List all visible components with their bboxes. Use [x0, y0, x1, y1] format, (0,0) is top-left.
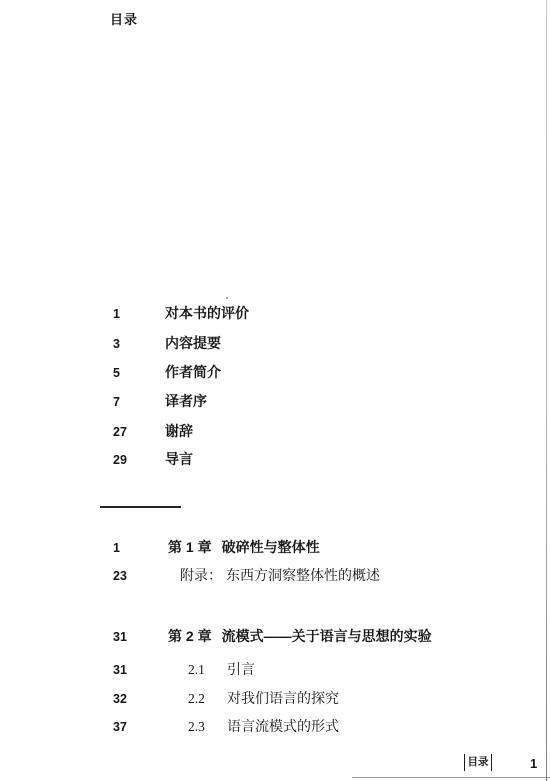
toc-entry-page-number: 5: [113, 366, 165, 381]
toc-entry: 29导言: [113, 452, 193, 468]
toc-appendix-entry: 23附录：东西方洞察整体性的概述: [113, 568, 380, 584]
toc-entry: 27谢辞: [113, 424, 193, 440]
toc-entry-page-number: 37: [113, 720, 188, 735]
toc-entry: 1对本书的评价: [113, 306, 249, 322]
scan-edge-right-line: [546, 0, 547, 781]
toc-entry-page-number: 31: [113, 630, 168, 645]
toc-entry-page-number: 31: [113, 663, 188, 678]
footer-section-label: 目录: [464, 754, 492, 771]
toc-entry-page-number: 1: [113, 541, 168, 556]
toc-entry-title: 语言流模式的形式: [227, 718, 339, 734]
toc-entry-label: 附录：: [180, 567, 222, 583]
toc-entry-title: 谢辞: [165, 423, 193, 439]
toc-entry-label: 2.3: [188, 719, 227, 734]
toc-entry-page-number: 3: [113, 337, 165, 352]
toc-entry-title: 引言: [227, 661, 255, 677]
toc-entry-page-number: 29: [113, 453, 165, 468]
toc-entry-title: 内容提要: [165, 335, 221, 351]
separator-line: [100, 506, 181, 508]
scan-speck: [226, 297, 228, 299]
toc-entry-page-number: 27: [113, 425, 165, 440]
toc-entry-label: 第 1 章: [168, 539, 212, 555]
toc-entry-title: 对本书的评价: [165, 305, 249, 321]
toc-page: 目录 1对本书的评价 3内容提要 5作者简介 7译者序 27谢辞 29导言 1第…: [0, 0, 550, 781]
toc-section-entry: 322.2对我们语言的探究: [113, 691, 339, 707]
toc-entry-title: 破碎性与整体性: [222, 539, 320, 555]
toc-entry-title: 东西方洞察整体性的概述: [226, 567, 380, 583]
toc-section-entry: 372.3语言流模式的形式: [113, 719, 339, 735]
toc-entry-page-number: 7: [113, 395, 165, 410]
toc-entry-label: 2.1: [188, 662, 227, 677]
toc-entry-title: 作者简介: [165, 364, 221, 380]
toc-entry-title: 对我们语言的探究: [227, 690, 339, 706]
toc-entry-label: 2.2: [188, 691, 227, 706]
toc-entry: 3内容提要: [113, 336, 221, 352]
toc-entry-page-number: 23: [113, 569, 180, 584]
toc-entry: 7译者序: [113, 394, 207, 410]
toc-chapter-entry: 1第 1 章破碎性与整体性: [113, 540, 320, 556]
footer-page-number: 1: [530, 756, 537, 771]
toc-entry-title: 流模式——关于语言与思想的实验: [222, 628, 432, 644]
scan-edge-bottom-line: [352, 777, 550, 778]
toc-chapter-entry: 31第 2 章流模式——关于语言与思想的实验: [113, 629, 432, 645]
toc-entry-page-number: 1: [113, 307, 165, 322]
toc-entry-title: 译者序: [165, 393, 207, 409]
page-title: 目录: [110, 9, 138, 28]
toc-section-entry: 312.1引言: [113, 662, 255, 678]
toc-entry: 5作者简介: [113, 365, 221, 381]
toc-entry-title: 导言: [165, 451, 193, 467]
toc-entry-page-number: 32: [113, 692, 188, 707]
toc-entry-label: 第 2 章: [168, 628, 212, 644]
